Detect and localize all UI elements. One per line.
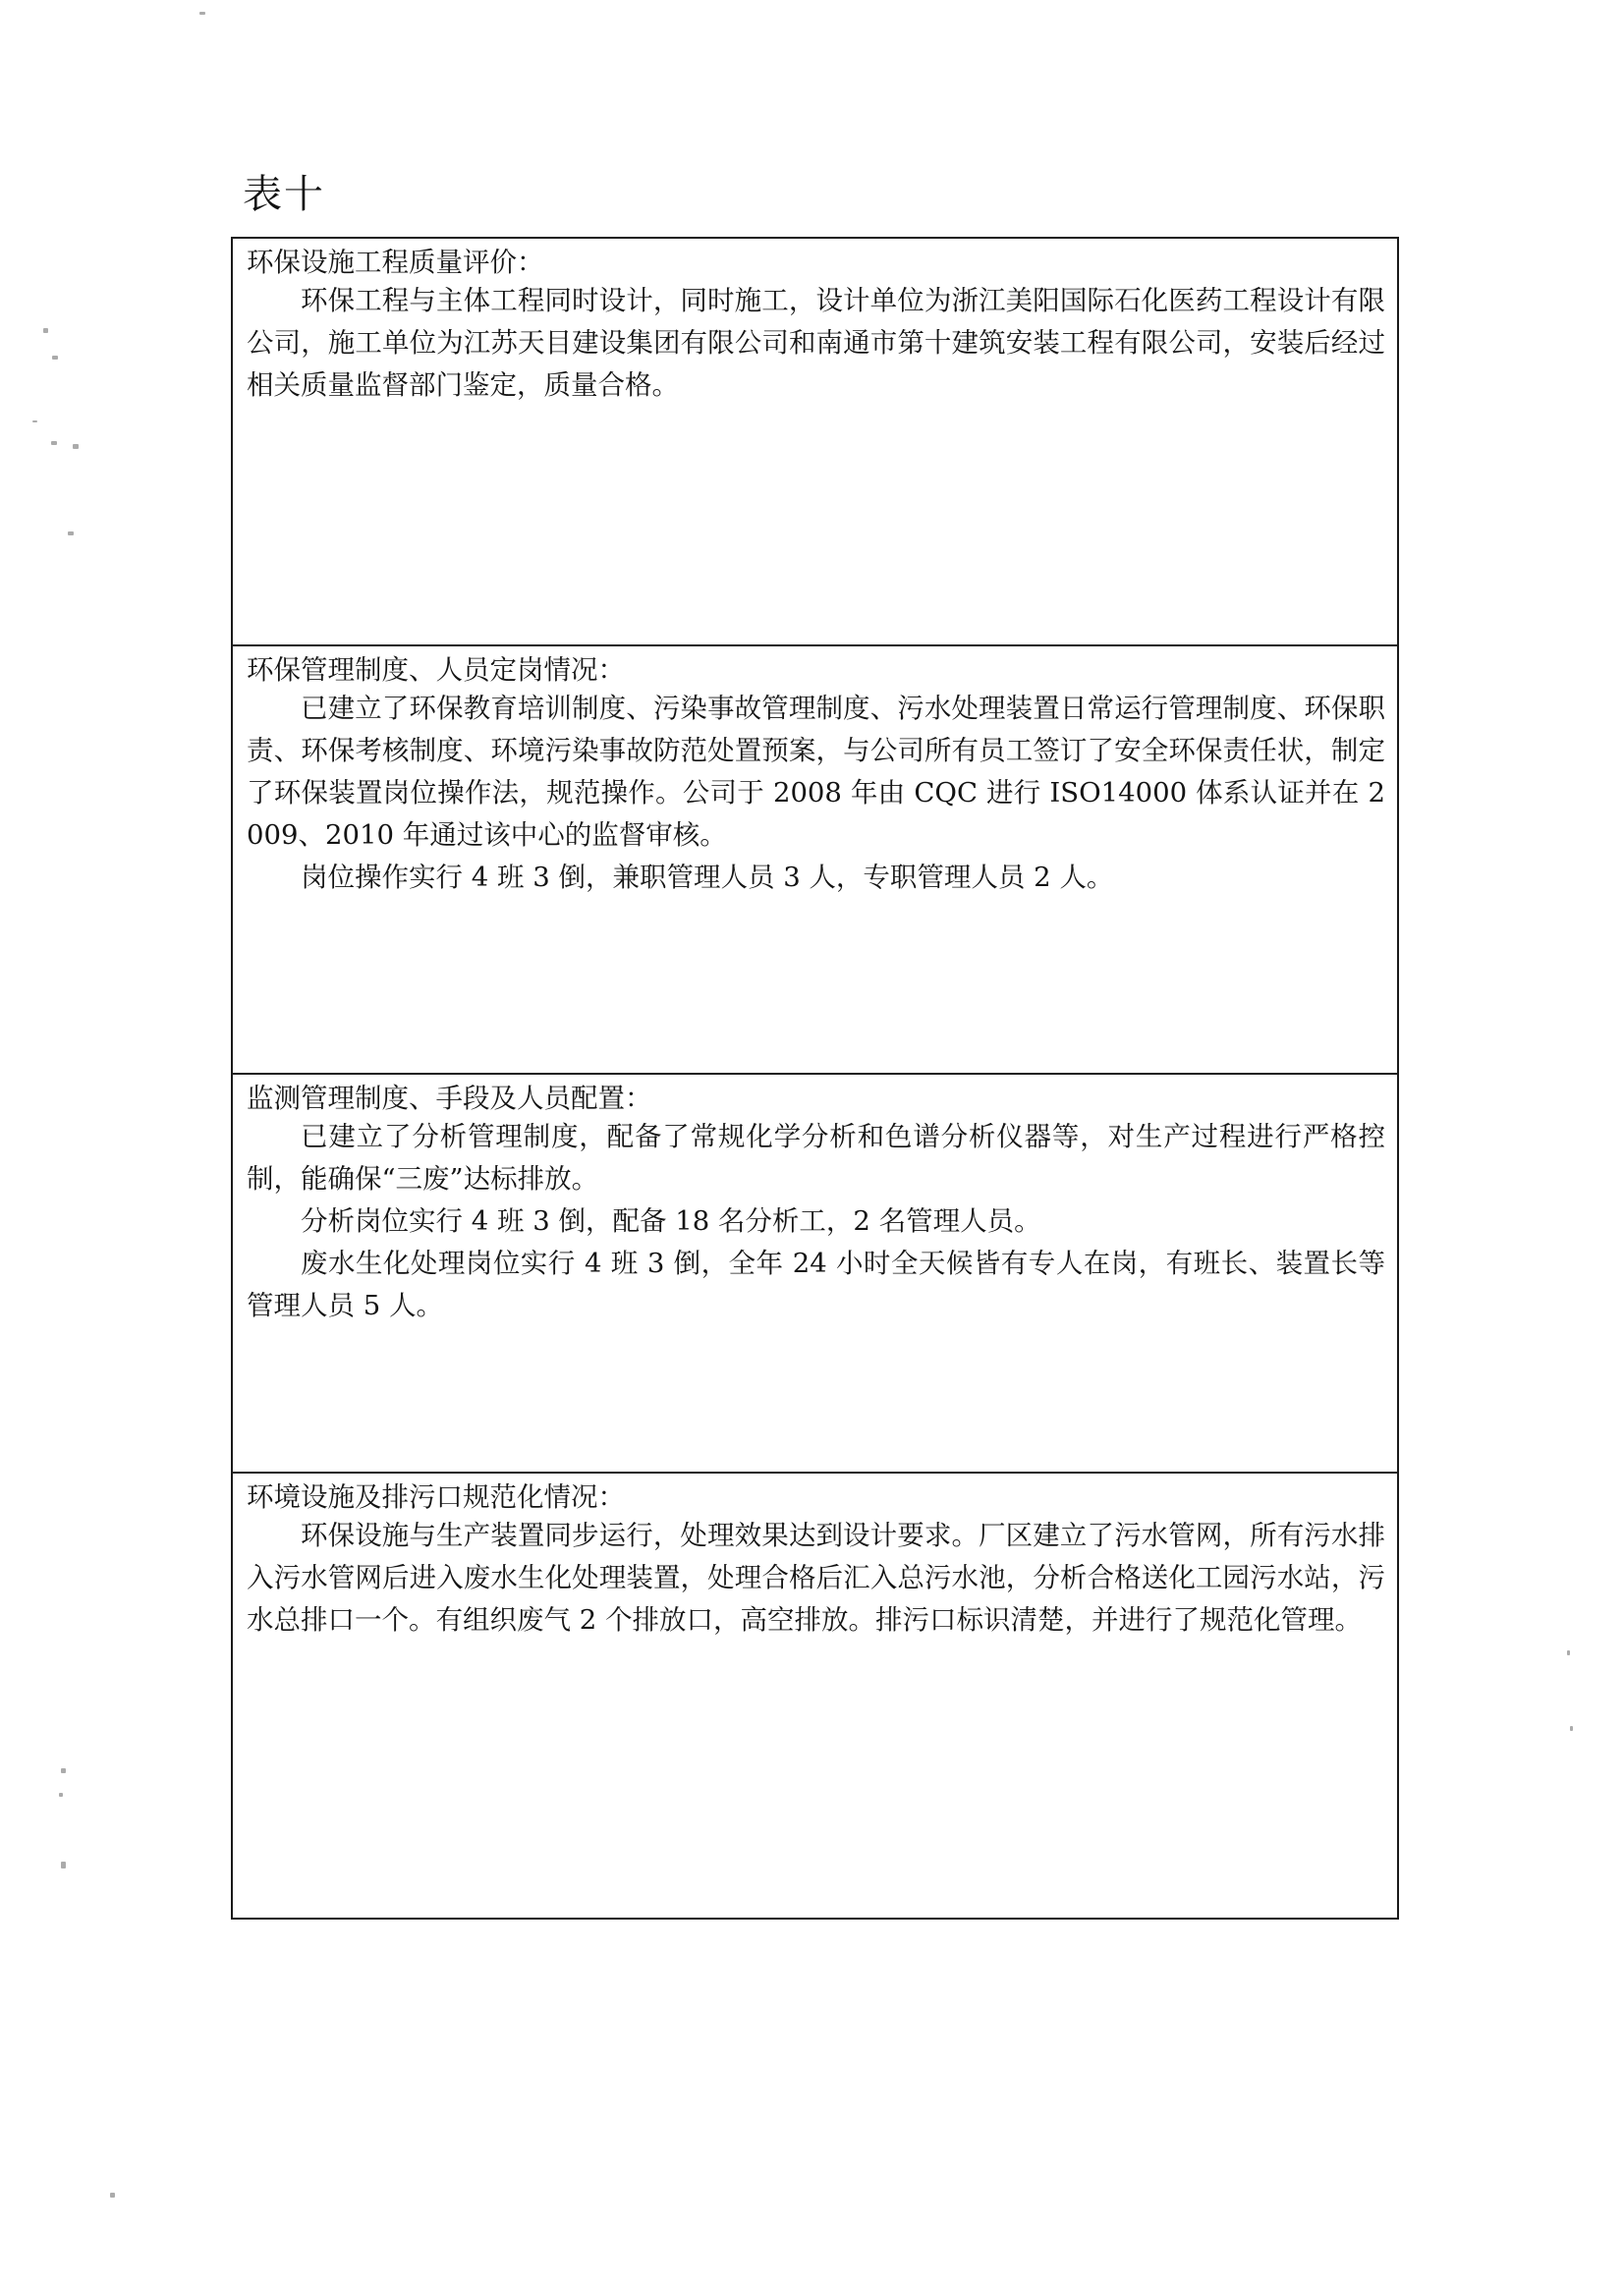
section-paragraph: 环保设施与生产装置同步运行，处理效果达到设计要求。厂区建立了污水管网，所有污水排…: [247, 1515, 1385, 1642]
scan-speck: [52, 356, 58, 360]
scan-speck: [59, 1793, 63, 1797]
page-title: 表十: [243, 169, 325, 220]
scan-speck: [1570, 1726, 1573, 1731]
section-heading: 环保管理制度、人员定岗情况：: [247, 652, 1385, 688]
scan-speck: [73, 444, 79, 449]
section-paragraph: 岗位操作实行 4 班 3 倒，兼职管理人员 3 人，专职管理人员 2 人。: [247, 857, 1385, 899]
scan-speck: [68, 531, 74, 535]
scan-speck: [43, 328, 48, 333]
section-paragraph: 已建立了分析管理制度，配备了常规化学分析和色谱分析仪器等，对生产过程进行严格控制…: [247, 1116, 1385, 1200]
section-paragraph: 环保工程与主体工程同时设计，同时施工，设计单位为浙江美阳国际石化医药工程设计有限…: [247, 280, 1385, 407]
section-heading: 环保设施工程质量评价：: [247, 245, 1385, 280]
scan-speck: [61, 1768, 66, 1773]
section-monitoring: 监测管理制度、手段及人员配置： 已建立了分析管理制度，配备了常规化学分析和色谱分…: [233, 1073, 1397, 1472]
scan-speck: [51, 441, 57, 445]
section-paragraph: 已建立了环保教育培训制度、污染事故管理制度、污水处理装置日常运行管理制度、环保职…: [247, 688, 1385, 857]
section-heading: 环境设施及排污口规范化情况：: [247, 1479, 1385, 1515]
scan-speck: [110, 2193, 115, 2198]
section-facility-quality: 环保设施工程质量评价： 环保工程与主体工程同时设计，同时施工，设计单位为浙江美阳…: [233, 239, 1397, 644]
scan-speck: [32, 420, 37, 422]
scan-speck: [1567, 1650, 1570, 1655]
section-management-staffing: 环保管理制度、人员定岗情况： 已建立了环保教育培训制度、污染事故管理制度、污水处…: [233, 644, 1397, 1073]
scan-speck: [61, 1862, 66, 1868]
section-paragraph: 废水生化处理岗位实行 4 班 3 倒，全年 24 小时全天候皆有专人在岗，有班长…: [247, 1243, 1385, 1327]
section-paragraph: 分析岗位实行 4 班 3 倒，配备 18 名分析工，2 名管理人员。: [247, 1200, 1385, 1243]
section-outfall-standardization: 环境设施及排污口规范化情况： 环保设施与生产装置同步运行，处理效果达到设计要求。…: [233, 1472, 1397, 1918]
report-table: 环保设施工程质量评价： 环保工程与主体工程同时设计，同时施工，设计单位为浙江美阳…: [231, 237, 1399, 1920]
scan-speck: [199, 12, 205, 15]
section-heading: 监测管理制度、手段及人员配置：: [247, 1081, 1385, 1116]
